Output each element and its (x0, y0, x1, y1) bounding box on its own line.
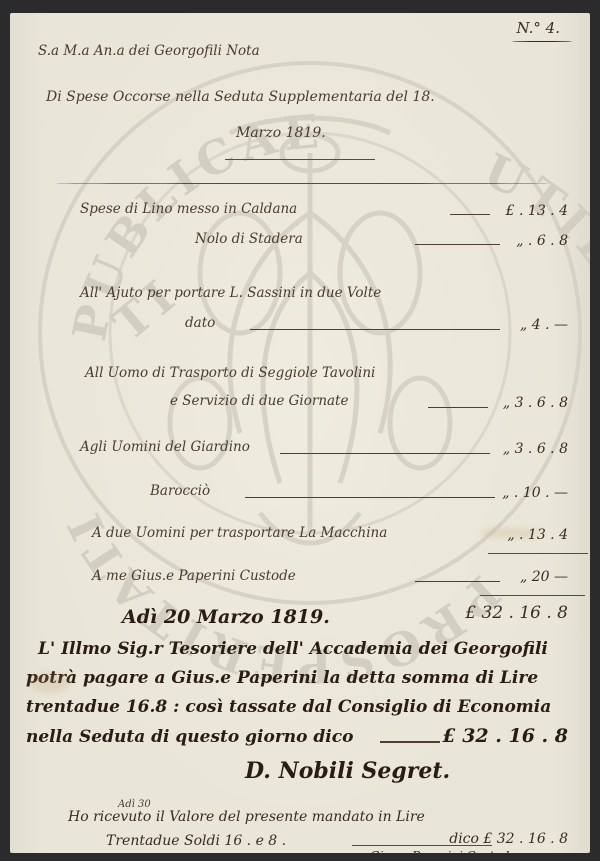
item-1-leader (450, 214, 490, 215)
order-date: Adì 20 Marzo 1819. (122, 606, 330, 628)
secretary-signature: D. Nobili Segret. (245, 758, 450, 784)
scan-frame: PUBLICAE UTILITATE PROSPERITATI TI N.° (0, 0, 600, 861)
item-4-description: All Uomo di Trasporto di Seggiole Tavoli… (85, 365, 375, 381)
item-8-description: A me Gius.e Paperini Custode (92, 568, 296, 584)
item-8-amount: „ 20 — (520, 569, 568, 585)
item-3-amount: „ 4 . — (520, 317, 568, 333)
item-4-leader (428, 407, 488, 408)
order-amount: £ 32 . 16 . 8 (442, 725, 568, 747)
expense-total: £ 32 . 16 . 8 (465, 603, 568, 623)
subtotal-rule-top (488, 553, 588, 554)
item-3-continuation: dato (185, 315, 215, 331)
paper-stain-ink (30, 673, 70, 693)
item-7-description: A due Uomini per trasportare La Macchina (92, 525, 387, 541)
item-2-amount: „ . 6 . 8 (516, 233, 568, 249)
item-4-continuation: e Servizio di due Giornate (170, 393, 348, 409)
document-number: N.° 4. (516, 19, 560, 37)
order-line-4: nella Seduta di questo giorno dico (26, 727, 353, 747)
item-6-description: Barocciò (150, 483, 210, 499)
order-line-2: potrà pagare a Gius.e Paperini la detta … (26, 668, 538, 688)
item-6-leader (245, 497, 495, 498)
order-leader (380, 741, 440, 743)
item-3-leader (250, 329, 500, 330)
document-number-underline (512, 41, 572, 42)
item-5-leader (280, 453, 490, 454)
order-line-1: L' Illmo Sig.r Tesoriere dell' Accademia… (38, 639, 548, 659)
receipt-rule (352, 845, 492, 846)
item-1-description: Spese di Lino messo in Caldana (80, 201, 297, 217)
watermark-text-right: UTILITATE (476, 143, 590, 461)
custodian-signature: Gius.e Paperini Custode (370, 849, 516, 853)
section-divider (55, 183, 550, 184)
document-sheet: PUBLICAE UTILITATE PROSPERITATI TI N.° (10, 13, 590, 853)
item-6-amount: „ . 10 . — (502, 485, 568, 501)
item-2-description: Nolo di Stadera (195, 231, 303, 247)
item-8-leader (415, 581, 500, 582)
watermark-text-left: TI (102, 267, 189, 352)
item-5-description: Agli Uomini del Giardino (80, 439, 250, 455)
item-3-description: All' Ajuto per portare L. Sassini in due… (80, 285, 381, 301)
receipt-line-1: Ho ricevuto il Valore del presente manda… (68, 809, 425, 825)
header-line-2: Di Spese Occorse nella Seduta Supplement… (46, 89, 435, 105)
item-2-leader (415, 244, 500, 245)
receipt-line-2: Trentadue Soldi 16 . e 8 . (106, 833, 286, 849)
item-5-amount: „ 3 . 6 . 8 (503, 441, 568, 457)
item-7-amount: „ . 13 . 4 (507, 527, 568, 543)
header-line-1: S.a M.a An.a dei Georgofili Nota (38, 43, 260, 59)
svg-text:UTILITATE: UTILITATE (476, 143, 590, 461)
item-4-amount: „ 3 . 6 . 8 (503, 395, 568, 411)
order-line-3: trentadue 16.8 : così tassate dal Consig… (26, 697, 551, 717)
header-underline (225, 159, 375, 160)
total-rule (480, 595, 585, 596)
item-1-amount: £ . 13 . 4 (506, 203, 568, 219)
header-line-3: Marzo 1819. (236, 125, 326, 141)
